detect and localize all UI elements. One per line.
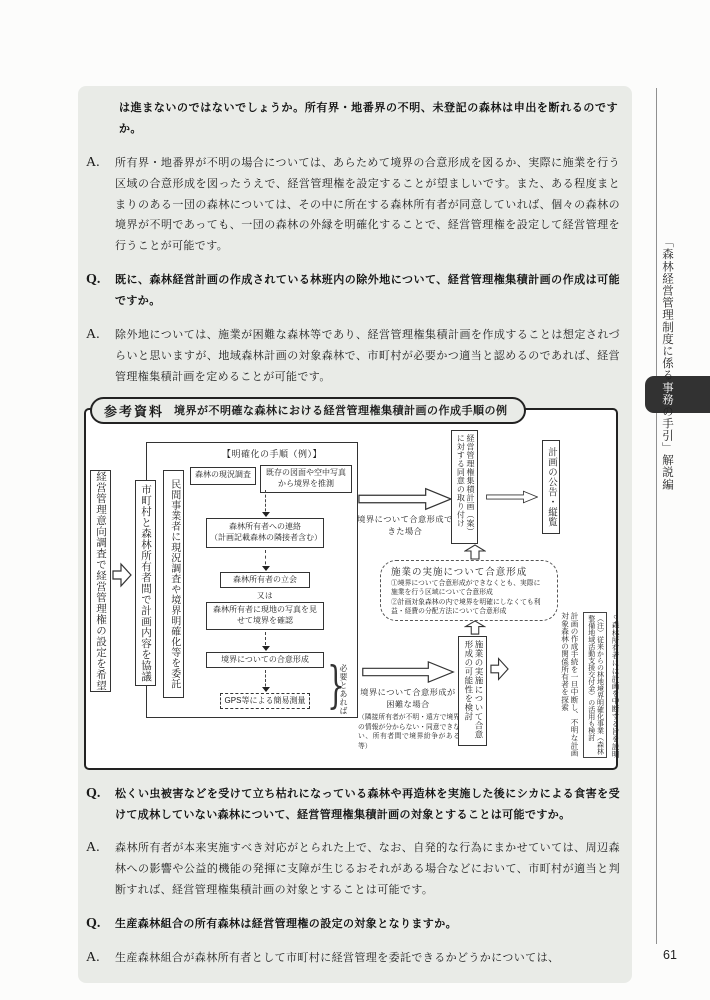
question-label: Q. (86, 914, 108, 935)
reference-title: 境界が不明確な森林における経営管理権集積計画の作成手順の例 (174, 402, 508, 418)
question-continuation: は進まないのではないでしょうか。所有界・地番界の不明、未登記の森林は申出を断れる… (82, 98, 620, 140)
contact-box: 森林所有者への連絡 （計画記載森林の隣接者含む） (206, 518, 324, 548)
answer-text-1: 所有界・地番界が不明の場合については、あらためて境界の合意形成を図るか、実際に施… (115, 153, 620, 257)
reference-box: 参考資料 境界が不明確な森林における経営管理権集積計画の作成手順の例 経営管理意… (84, 408, 618, 770)
estimate-box: 既存の図面や空中写真から境界を推測 (260, 465, 352, 493)
consider-box: 施業の実施について合意形成の可能性を検討 (458, 636, 487, 746)
implementation-agree-title: 施業の実施について合意形成 (391, 564, 547, 578)
or-label: 又は (206, 590, 324, 601)
question-label: Q. (86, 784, 108, 826)
question-text-2: 既に、森林経営計画の作成されている林班内の除外地について、経営管理権集積計画の作… (115, 270, 620, 312)
connector-line (265, 670, 266, 691)
chapter-tab (645, 376, 710, 413)
witness-box: 森林所有者の立会 (220, 572, 310, 589)
suspend-flow-arrow-icon (490, 656, 509, 682)
sidebar-title-suffix: 解説編 (661, 454, 673, 490)
consult-box: 市町村と森林所有者間で計画内容を協議 (135, 480, 156, 686)
connector-line (265, 632, 266, 650)
connector-line (265, 550, 266, 570)
question-continuation-text: は進まないのではないでしょうか。所有界・地番界の不明、未登記の森林は申出を断れる… (119, 98, 618, 140)
gps-note: 必要とあれば (338, 664, 349, 715)
answer-row-1: A. 所有界・地番界が不明の場合については、あらためて境界の合意形成を図るか、実… (82, 153, 620, 257)
answer-row-3: A. 森林所有者が本来実施すべき対応がとられた上で、なお、自発的な行為にまかせて… (82, 838, 620, 901)
publish-box: 計画の公告・縦覧 (542, 440, 560, 534)
question-text-3: 松くい虫被害などを受けて立ち枯れになっている森林や再造林を実施した後にシカによる… (115, 784, 620, 826)
reference-capsule: 参考資料 境界が不明確な森林における経営管理権集積計画の作成手順の例 (90, 397, 526, 424)
suspend-note: （注）従来からの林地境界明確化事業（森林整備地域活動支援交付金）の活用も検討 (583, 612, 607, 758)
sidebar-title: 「森林経営管理制度に係る事務の手引」解説編 (659, 236, 675, 490)
answer-label: A. (86, 325, 108, 388)
intent-survey-box: 経営管理意向調査で経営管理権の設定を希望 (90, 470, 111, 692)
page-number: 61 (663, 948, 677, 962)
flow-right-arrow-icon (112, 562, 132, 588)
answer-label: A. (86, 153, 108, 257)
difficult-arrow-note: （隣接所有者が不明・遠方で境界の情報が分からない・同意できない、所有者間で境界紛… (358, 713, 460, 752)
content-panel: は進まないのではないでしょうか。所有界・地番界の不明、未登記の森林は申出を断れる… (78, 86, 632, 983)
photo-confirm-box: 森林所有者に現地の写真を見せて境界を確認 (206, 602, 324, 630)
margin-rule (656, 88, 657, 944)
up-arrow-icon (464, 544, 486, 560)
difficult-flow-arrow-icon (360, 660, 456, 684)
implementation-agree-item1: ①境界について合意形成ができなくとも、実際に施業を行う区域について合意形成 (391, 579, 547, 598)
answer-row-2: A. 除外地については、施業が困難な森林等であり、経営管理権集積計画を作成するこ… (82, 325, 620, 388)
answer-text-4: 生産森林組合が森林所有者として市町村に経営管理を委託できるかどうかについては、 (115, 948, 620, 969)
answer-label: A. (86, 838, 108, 901)
question-text-4: 生産森林組合の所有森林は経営管理権の設定の対象となりますか。 (115, 914, 620, 935)
question-row-4: Q. 生産森林組合の所有森林は経営管理権の設定の対象となりますか。 (82, 914, 620, 935)
up-arrow-icon (464, 620, 486, 635)
answer-row-4: A. 生産森林組合が森林所有者として市町村に経営管理を委託できるかどうかについて… (82, 948, 620, 969)
survey-box: 森林の現況調査 (190, 467, 256, 485)
question-row-2: Q. 既に、森林経営計画の作成されている林班内の除外地について、経営管理権集積計… (82, 270, 620, 312)
boundary-agree-box: 境界についての合意形成 (206, 652, 324, 669)
suspend-bullet: ○森林所有者には計画を中断する旨を説明 (611, 612, 620, 758)
contact-box-line2: （計画記載森林の隣接者含む） (210, 533, 320, 544)
question-row-3: Q. 松くい虫被害などを受けて立ち枯れになっている森林や再造林を実施した後にシカ… (82, 784, 620, 826)
question-label: Q. (86, 270, 108, 312)
suspend-text: 計画の作成手続を一旦中断し、不明な計画対象森林の関係所有者を探索 (560, 612, 579, 758)
suspend-block: ○森林所有者には計画を中断する旨を説明 （注）従来からの林地境界明確化事業（森林… (514, 612, 620, 758)
sidebar-title-on-tab: 事務 (661, 381, 673, 405)
sidebar-title-pre: 「森林経営管理制度に係る (661, 236, 673, 381)
sidebar-title-post: の手引」 (661, 405, 673, 453)
connector-line (265, 490, 266, 516)
document-page: は進まないのではないでしょうか。所有界・地番界の不明、未登記の森林は申出を断れる… (0, 0, 710, 1000)
agreed-flow-arrow-icon (358, 486, 452, 512)
answer-text-2: 除外地については、施業が困難な森林等であり、経営管理権集積計画を作成することは想… (115, 325, 620, 388)
clarify-group-label: 【明確化の手順（例）】 (188, 447, 356, 460)
answer-label: A. (86, 948, 108, 969)
contact-box-line1: 森林所有者への連絡 (229, 522, 301, 533)
consent-box: 経営管理権集積計画（案）に対する同意の取り付け (451, 430, 478, 544)
answer-text-3: 森林所有者が本来実施すべき対応がとられた上で、なお、自発的な行為にまかせていては… (115, 838, 620, 901)
difficult-arrow-label: 境界について合意形成が困難な場合 (358, 687, 458, 712)
outsource-box: 民間事業者に現況調査や境界明確化等を委託 (163, 470, 184, 698)
publish-flow-arrow-icon (486, 486, 538, 508)
agreed-arrow-label: 境界について合意形成できた場合 (356, 514, 454, 539)
reference-badge: 参考資料 (104, 401, 164, 420)
gps-box: GPS等による簡易測量 (220, 693, 310, 710)
